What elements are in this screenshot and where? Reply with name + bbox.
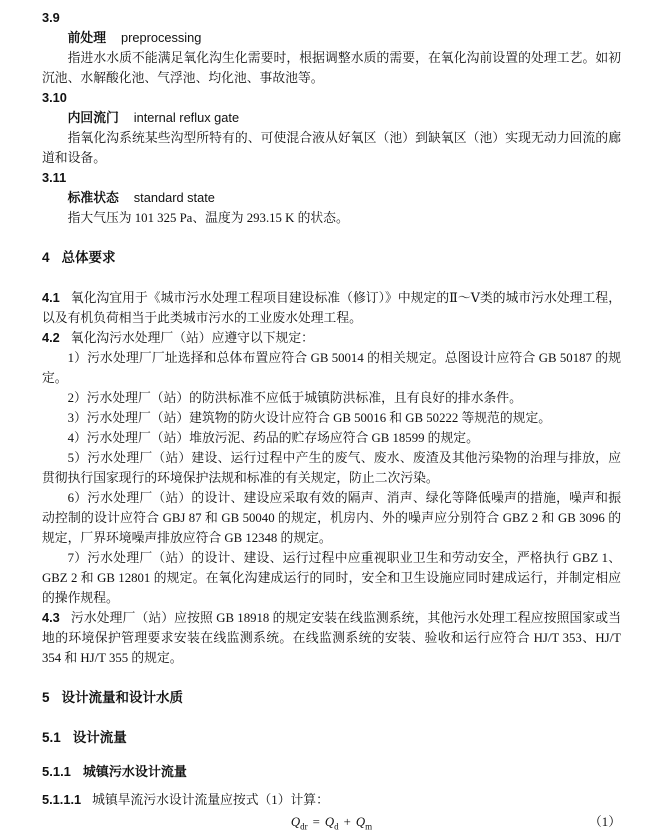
section-5-1-1-heading: 5.1.1城镇污水设计流量 [42, 762, 621, 782]
clause-4-1-number: 4.1 [42, 290, 60, 305]
definition-3-11: 指大气压为 101 325 Pa、温度为 293.15 K 的状态。 [42, 208, 621, 228]
clause-4-2: 4.2氧化沟污水处理厂（站）应遵守以下规定： [42, 328, 621, 348]
term-zh-3-10: 内回流门 [68, 110, 119, 125]
clause-4-2-text: 氧化沟污水处理厂（站）应遵守以下规定： [71, 331, 314, 345]
term-3-11: 标准状态standard state [42, 188, 621, 208]
chapter-4-heading: 4总体要求 [42, 248, 621, 268]
formula-sub-m: m [365, 822, 372, 832]
plus-sign: + [344, 815, 351, 829]
list-item-4-2-5: 5）污水处理厂（站）建设、运行过程中产生的废气、废水、废渣及其他污染物的治理与排… [42, 448, 621, 488]
term-en-3-10: internal reflux gate [134, 110, 239, 125]
clause-number-3-10: 3.10 [42, 88, 621, 108]
definition-3-10: 指氧化沟系统某些沟型所特有的、可使混合液从好氧区（池）到缺氧区（池）实现无动力回… [42, 128, 621, 168]
formula-var-qm: Q [356, 815, 365, 829]
term-zh-3-11: 标准状态 [68, 190, 119, 205]
term-3-10: 内回流门internal reflux gate [42, 108, 621, 128]
equation-1-number: （1） [589, 812, 621, 832]
formula-var-qdr: Q [291, 815, 300, 829]
formula-sub-d: d [334, 822, 339, 832]
clause-4-1-text: 氧化沟宜用于《城市污水处理工程项目建设标准（修订）》中规定的Ⅱ～Ⅴ类的城市污水处… [42, 291, 621, 325]
clause-4-3-number: 4.3 [42, 610, 60, 625]
clause-4-3-text: 污水处理厂（站）应按照 GB 18918 的规定安装在线监测系统，其他污水处理工… [42, 611, 621, 665]
term-zh-3-9: 前处理 [68, 30, 106, 45]
section-5-1-1-number: 5.1.1 [42, 764, 71, 779]
clause-4-3: 4.3污水处理厂（站）应按照 GB 18918 的规定安装在线监测系统，其他污水… [42, 608, 621, 668]
clause-4-2-number: 4.2 [42, 330, 60, 345]
document-page: 3.9 前处理preprocessing 指进水水质不能满足氧化沟生化需要时，根… [0, 0, 647, 833]
clause-4-1: 4.1氧化沟宜用于《城市污水处理工程项目建设标准（修订）》中规定的Ⅱ～Ⅴ类的城市… [42, 288, 621, 328]
chapter-5-number: 5 [42, 690, 50, 705]
list-item-4-2-2: 2）污水处理厂（站）的防洪标准不应低于城镇防洪标准，且有良好的排水条件。 [42, 388, 621, 408]
formula-var-qd: Q [325, 815, 334, 829]
section-5-1-1-title: 城镇污水设计流量 [83, 764, 187, 779]
chapter-4-title: 总体要求 [62, 250, 116, 265]
clause-5-1-1-1: 5.1.1.1城镇旱流污水设计流量应按式（1）计算： [42, 790, 621, 810]
term-en-3-9: preprocessing [121, 30, 201, 45]
list-item-4-2-4: 4）污水处理厂（站）堆放污泥、药品的贮存场应符合 GB 18599 的规定。 [42, 428, 621, 448]
section-5-1-number: 5.1 [42, 730, 61, 745]
clause-number-3-9: 3.9 [42, 8, 621, 28]
term-3-9: 前处理preprocessing [42, 28, 621, 48]
equation-1: Qdr=Qd+Qm （1） [42, 812, 621, 832]
section-5-1-title: 设计流量 [73, 730, 127, 745]
list-item-4-2-3: 3）污水处理厂（站）建筑物的防火设计应符合 GB 50016 和 GB 5022… [42, 408, 621, 428]
formula-sub-dr: dr [300, 822, 308, 832]
chapter-5-title: 设计流量和设计水质 [62, 690, 184, 705]
chapter-5-heading: 5设计流量和设计水质 [42, 688, 621, 708]
term-en-3-11: standard state [134, 190, 215, 205]
list-item-4-2-7: 7）污水处理厂（站）的设计、建设、运行过程中应重视职业卫生和劳动安全，严格执行 … [42, 548, 621, 608]
clause-5-1-1-1-text: 城镇旱流污水设计流量应按式（1）计算： [92, 793, 329, 807]
definition-3-9: 指进水水质不能满足氧化沟生化需要时，根据调整水质的需要，在氧化沟前设置的处理工艺… [42, 48, 621, 88]
section-5-1-heading: 5.1设计流量 [42, 728, 621, 748]
list-item-4-2-6: 6）污水处理厂（站）的设计、建设应采取有效的隔声、消声、绿化等降低噪声的措施，噪… [42, 488, 621, 548]
list-item-4-2-1: 1）污水处理厂厂址选择和总体布置应符合 GB 50014 的相关规定。总图设计应… [42, 348, 621, 388]
equals-sign: = [313, 815, 320, 829]
equation-1-expression: Qdr=Qd+Qm [291, 815, 372, 829]
clause-number-3-11: 3.11 [42, 168, 621, 188]
clause-5-1-1-1-number: 5.1.1.1 [42, 792, 81, 807]
chapter-4-number: 4 [42, 250, 50, 265]
